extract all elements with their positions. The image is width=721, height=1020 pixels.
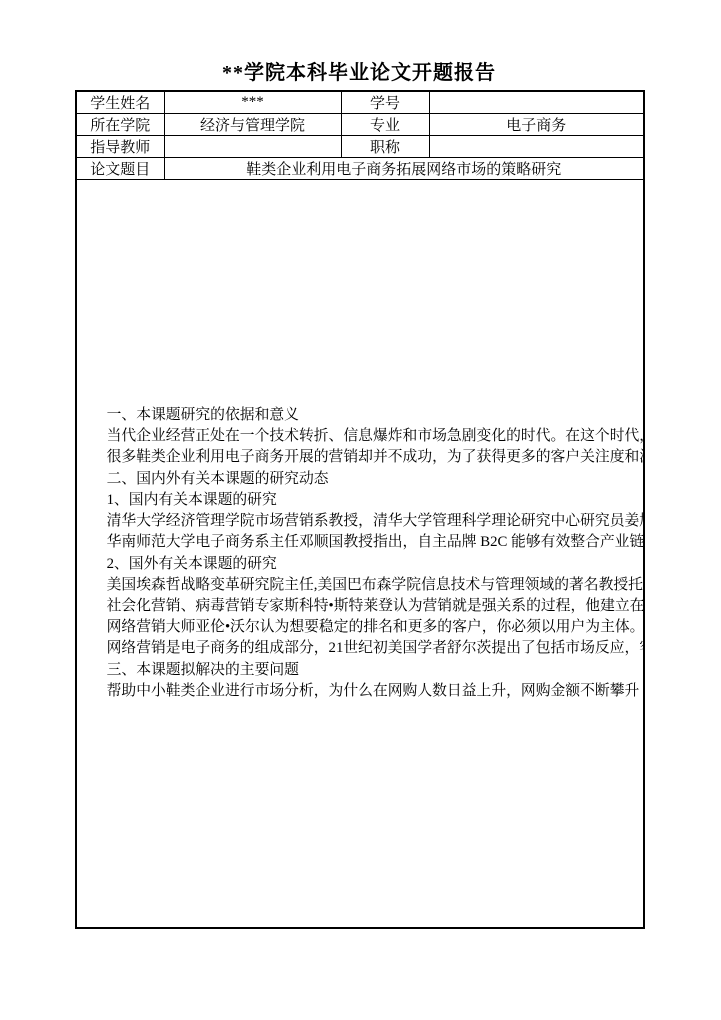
field-value-major: 电子商务 <box>429 114 644 136</box>
field-label-title-rank: 职称 <box>341 136 429 158</box>
document-title: **学院本科毕业论文开题报告 <box>75 56 643 85</box>
paragraph: 很多鞋类企业利用电子商务开展的营销却并不成功，为了获得更多的客户关注度和流量，企… <box>77 447 643 468</box>
paragraph: 网络营销大师亚伦•沃尔认为想要稳定的排名和更多的客户，你必须以用户为主体。首先就… <box>77 617 643 638</box>
paragraph: 华南师范大学电子商务系主任邓顺国教授指出，自主品牌 B2C 能够有效整合产业链上… <box>77 532 643 553</box>
field-label-thesis-title: 论文题目 <box>76 158 164 180</box>
table-row-advisor: 指导教师 职称 <box>76 136 644 158</box>
table-row-college: 所在学院 经济与管理学院 专业 电子商务 <box>76 114 644 136</box>
document-page: **学院本科毕业论文开题报告 学生姓名 *** 学号 所在学院 经济与管理学院 … <box>0 0 721 1020</box>
table-row-body: 一、本课题研究的依据和意义 当代企业经营正处在一个技术转折、信息爆炸和市场急剧变… <box>76 180 644 929</box>
paragraph: 清华大学经济管理学院市场营销系教授，清华大学管理科学理论研究中心研究员姜旭平教授… <box>77 511 643 532</box>
paragraph: 社会化营销、病毒营销专家斯科特•斯特莱登认为营销就是强关系的过程，他建立在人际关… <box>77 596 643 617</box>
field-value-college: 经济与管理学院 <box>164 114 341 136</box>
subsection-heading-domestic: 1、国内有关本课题的研究 <box>77 490 643 511</box>
paragraph: 当代企业经营正处在一个技术转折、信息爆炸和市场急剧变化的时代。在这个时代，网络彻… <box>77 426 643 447</box>
report-body: 一、本课题研究的依据和意义 当代企业经营正处在一个技术转折、信息爆炸和市场急剧变… <box>76 180 644 929</box>
field-label-major: 专业 <box>341 114 429 136</box>
section-heading-1: 一、本课题研究的依据和意义 <box>77 405 643 426</box>
paragraph: 帮助中小鞋类企业进行市场分析，为什么在网购人数日益上升，网购金额不断攀升 <box>77 681 643 702</box>
field-label-advisor: 指导教师 <box>76 136 164 158</box>
info-table: 学生姓名 *** 学号 所在学院 经济与管理学院 专业 电子商务 指导教师 职称… <box>75 90 645 929</box>
field-value-advisor <box>164 136 341 158</box>
field-value-student-name: *** <box>164 91 341 114</box>
section-heading-2: 二、国内外有关本课题的研究动态 <box>77 469 643 490</box>
subsection-heading-foreign: 2、国外有关本课题的研究 <box>77 554 643 575</box>
field-value-thesis-title: 鞋类企业利用电子商务拓展网络市场的策略研究 <box>164 158 644 180</box>
table-row-thesis-title: 论文题目 鞋类企业利用电子商务拓展网络市场的策略研究 <box>76 158 644 180</box>
field-label-student-name: 学生姓名 <box>76 91 164 114</box>
table-row-student: 学生姓名 *** 学号 <box>76 91 644 114</box>
field-value-student-id <box>429 91 644 114</box>
field-label-college: 所在学院 <box>76 114 164 136</box>
paragraph: 网络营销是电子商务的组成部分，21世纪初美国学者舒尔茨提出了包括市场反应，客户关… <box>77 638 643 659</box>
paragraph: 美国埃森哲战略变革研究院主任,美国巴布森学院信息技术与管理领域的著名教授托马斯•… <box>77 575 643 596</box>
field-label-student-id: 学号 <box>341 91 429 114</box>
section-heading-3: 三、本课题拟解决的主要问题 <box>77 660 643 681</box>
field-value-title-rank <box>429 136 644 158</box>
